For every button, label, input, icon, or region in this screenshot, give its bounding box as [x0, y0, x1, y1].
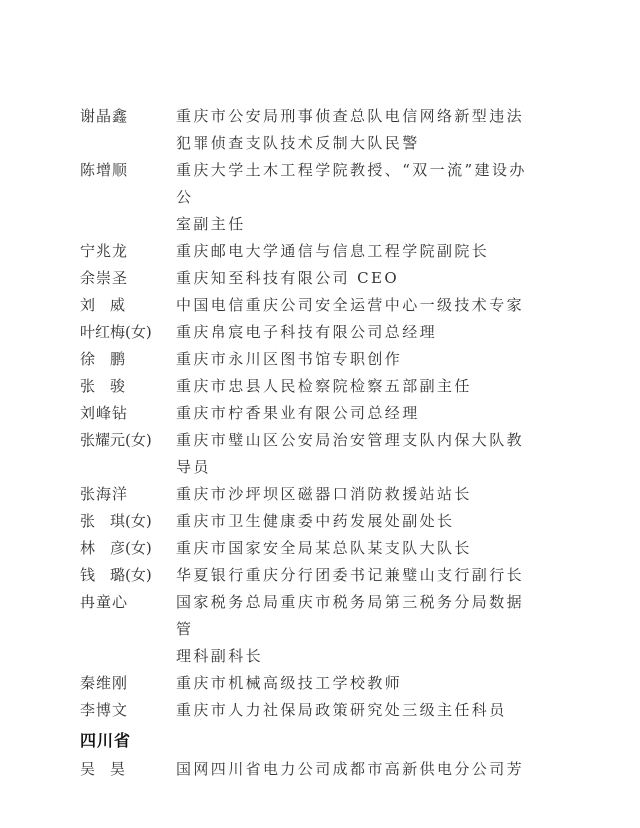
list-item: 谢晶鑫 重庆市公安局刑事侦查总队电信网络新型违法犯罪侦查支队技术反制大队民警 [80, 103, 540, 157]
person-title: 重庆市卫生健康委中药发展处副处长 [176, 508, 540, 535]
person-title: 中国电信重庆公司安全运营中心一级技术专家 [176, 292, 540, 319]
list-item: 余崇圣 重庆知至科技有限公司 CEO [80, 265, 540, 292]
person-title: 重庆市国家安全局某总队某支队大队长 [176, 535, 540, 562]
person-title: 重庆邮电大学通信与信息工程学院副院长 [176, 238, 540, 265]
person-name: 张海洋 [80, 481, 176, 508]
list-item: 叶红梅(女) 重庆帛宸电子科技有限公司总经理 [80, 319, 540, 346]
person-title: 重庆市柠香果业有限公司总经理 [176, 400, 540, 427]
list-item: 宁兆龙 重庆邮电大学通信与信息工程学院副院长 [80, 238, 540, 265]
list-item: 冉童心 国家税务总局重庆市税务局第三税务分局数据管理科副科长 [80, 589, 540, 670]
list-item: 钱 璐(女) 华夏银行重庆分行团委书记兼璧山支行副行长 [80, 562, 540, 589]
person-title: 重庆市机械高级技工学校教师 [176, 670, 540, 697]
list-item: 林 彦(女) 重庆市国家安全局某总队某支队大队长 [80, 535, 540, 562]
list-item: 李博文 重庆市人力社保局政策研究处三级主任科员 [80, 697, 540, 724]
person-name: 吴 昊 [80, 756, 176, 783]
person-title: 重庆市公安局刑事侦查总队电信网络新型违法犯罪侦查支队技术反制大队民警 [176, 103, 540, 157]
person-title: 重庆知至科技有限公司 CEO [176, 265, 540, 292]
person-name: 谢晶鑫 [80, 103, 176, 130]
document-page: 谢晶鑫 重庆市公安局刑事侦查总队电信网络新型违法犯罪侦查支队技术反制大队民警 陈… [0, 0, 640, 828]
person-name: 钱 璐(女) [80, 562, 176, 589]
person-name: 秦维刚 [80, 670, 176, 697]
person-name: 宁兆龙 [80, 238, 176, 265]
person-title: 重庆市永川区图书馆专职创作 [176, 346, 540, 373]
list-item: 陈增顺 重庆大学土木工程学院教授、“双一流”建设办公室副主任 [80, 157, 540, 238]
list-item: 秦维刚 重庆市机械高级技工学校教师 [80, 670, 540, 697]
list-item: 徐 鹏 重庆市永川区图书馆专职创作 [80, 346, 540, 373]
person-title: 重庆市人力社保局政策研究处三级主任科员 [176, 697, 540, 724]
person-name: 余崇圣 [80, 265, 176, 292]
person-name: 李博文 [80, 697, 176, 724]
person-name: 张 骏 [80, 373, 176, 400]
person-name: 徐 鹏 [80, 346, 176, 373]
honoree-list: 谢晶鑫 重庆市公安局刑事侦查总队电信网络新型违法犯罪侦查支队技术反制大队民警 陈… [80, 103, 540, 783]
person-title: 重庆市璧山区公安局治安管理支队内保大队教导员 [176, 427, 540, 481]
person-title: 国家税务总局重庆市税务局第三税务分局数据管理科副科长 [176, 589, 540, 670]
person-title: 重庆市沙坪坝区磁器口消防救援站站长 [176, 481, 540, 508]
list-item: 张耀元(女) 重庆市璧山区公安局治安管理支队内保大队教导员 [80, 427, 540, 481]
person-name: 刘 威 [80, 292, 176, 319]
person-name: 陈增顺 [80, 157, 176, 184]
person-title: 重庆帛宸电子科技有限公司总经理 [176, 319, 540, 346]
person-name: 张 琪(女) [80, 508, 176, 535]
person-name: 冉童心 [80, 589, 176, 616]
list-item: 刘峰钻 重庆市柠香果业有限公司总经理 [80, 400, 540, 427]
person-title: 国网四川省电力公司成都市高新供电分公司芳 [176, 756, 540, 783]
person-name: 叶红梅(女) [80, 319, 176, 346]
person-name: 张耀元(女) [80, 427, 176, 454]
person-title: 重庆市忠县人民检察院检察五部副主任 [176, 373, 540, 400]
list-item: 张 琪(女) 重庆市卫生健康委中药发展处副处长 [80, 508, 540, 535]
list-item: 张海洋 重庆市沙坪坝区磁器口消防救援站站长 [80, 481, 540, 508]
person-name: 林 彦(女) [80, 535, 176, 562]
person-name: 刘峰钻 [80, 400, 176, 427]
list-item: 吴 昊 国网四川省电力公司成都市高新供电分公司芳 [80, 756, 540, 783]
list-item: 刘 威 中国电信重庆公司安全运营中心一级技术专家 [80, 292, 540, 319]
person-title: 重庆大学土木工程学院教授、“双一流”建设办公室副主任 [176, 157, 540, 238]
person-title: 华夏银行重庆分行团委书记兼璧山支行副行长 [176, 562, 540, 589]
list-item: 张 骏 重庆市忠县人民检察院检察五部副主任 [80, 373, 540, 400]
section-heading-sichuan: 四川省 [80, 726, 540, 756]
